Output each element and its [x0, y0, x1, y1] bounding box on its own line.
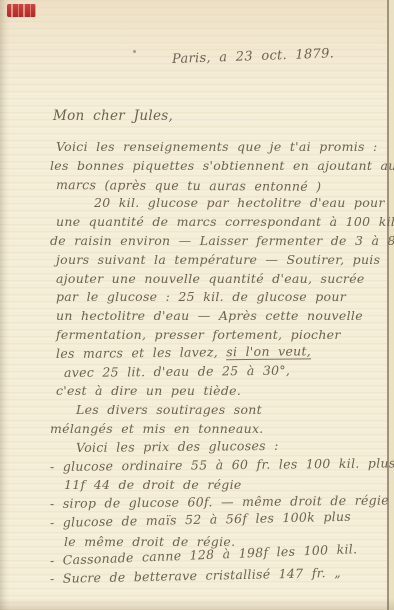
underlined-phrase: si l'on veut,: [226, 343, 311, 360]
salutation: Mon cher Jules,: [53, 108, 173, 124]
letter-body: Voici les renseignements que je t'ai pro…: [50, 138, 390, 589]
letter-line: un hectolitre d'eau — Après cette nouvel…: [56, 307, 390, 326]
red-stamp: [7, 4, 36, 17]
letter-line: de raisin environ — Laisser fermenter de…: [50, 232, 390, 251]
letter-line: jours suivant la température — Soutirer,…: [56, 251, 390, 270]
dateline: Paris, a 23 oct. 1879.: [172, 46, 335, 67]
page-bottom-shadow: [0, 598, 394, 610]
letter-line: les bonnes piquettes s'obtiennent en ajo…: [50, 157, 390, 176]
letter-line: avec 25 lit. d'eau de 25 à 30°,: [64, 360, 390, 382]
letter-photo: Paris, a 23 oct. 1879. Mon cher Jules, V…: [0, 0, 394, 610]
letter-line: ajouter une nouvelle quantité d'eau, suc…: [56, 270, 390, 289]
letter-line: 20 kil. glucose par hectolitre d'eau pou…: [94, 194, 390, 213]
ink-speck: [133, 50, 136, 53]
letter-line: une quantité de marcs correspondant à 10…: [56, 213, 390, 232]
page-left-edge-shadow: [0, 0, 10, 610]
letter-line: Les divers soutirages sont: [76, 401, 390, 420]
letter-line: - glucose ordinaire 55 à 60 fr. les 100 …: [50, 454, 390, 476]
letter-line: par le glucose : 25 kil. de glucose pour: [56, 288, 390, 307]
letter-line: Voici les renseignements que je t'ai pro…: [56, 138, 390, 157]
letter-line: marcs (après que tu auras entonné ): [56, 176, 390, 197]
letter-line: c'est à dire un peu tiède.: [56, 382, 390, 401]
